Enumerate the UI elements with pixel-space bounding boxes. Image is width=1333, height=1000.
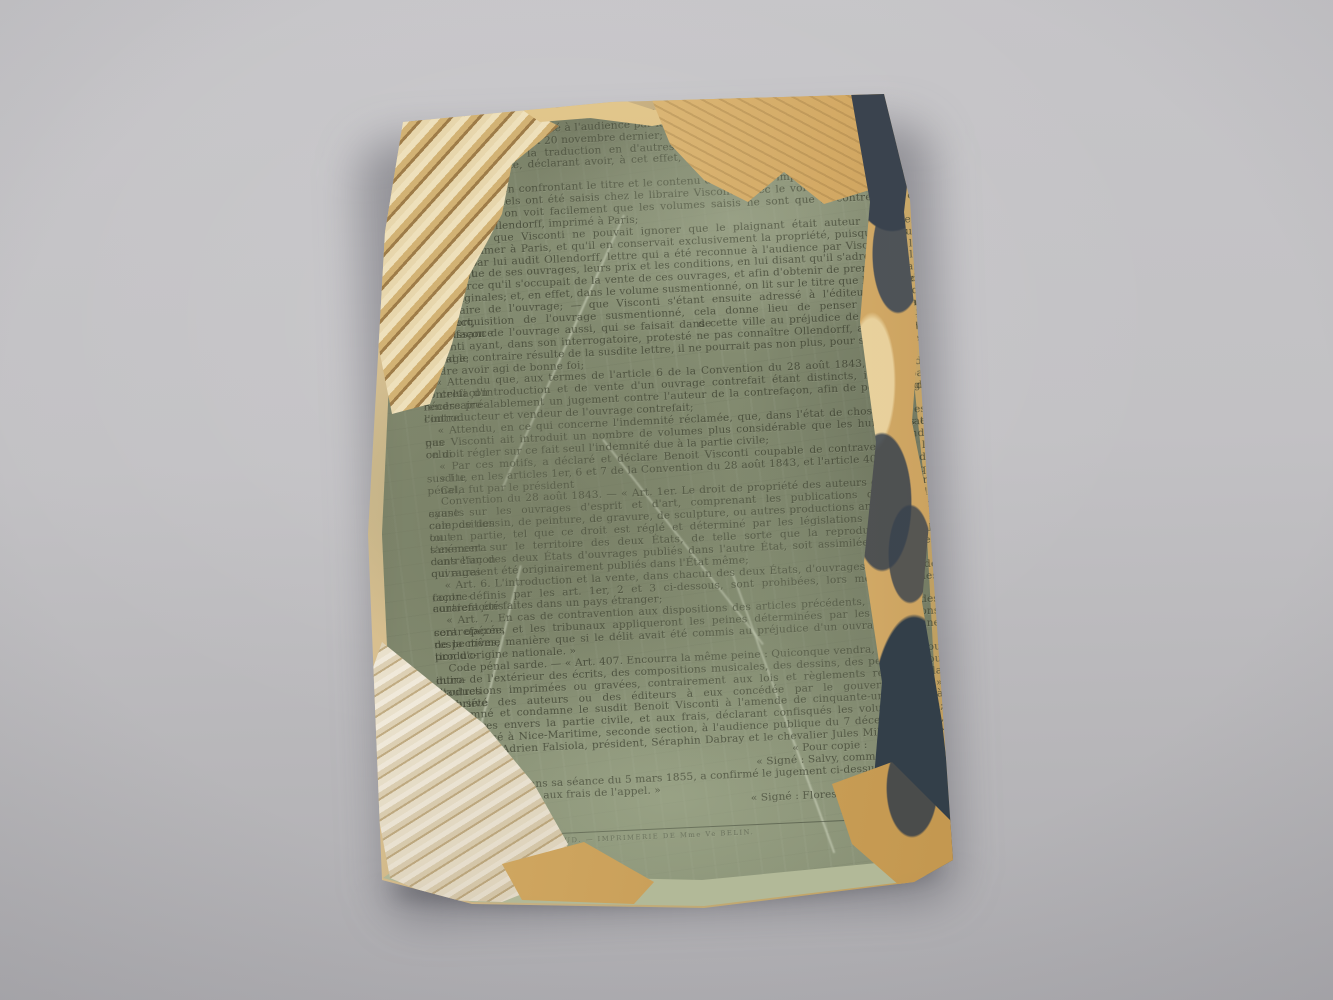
photo-scene: tits par les L et9), pour s'assurer la p… [0,0,1333,1000]
antique-book: tits par les L et9), pour s'assurer la p… [352,82,964,934]
